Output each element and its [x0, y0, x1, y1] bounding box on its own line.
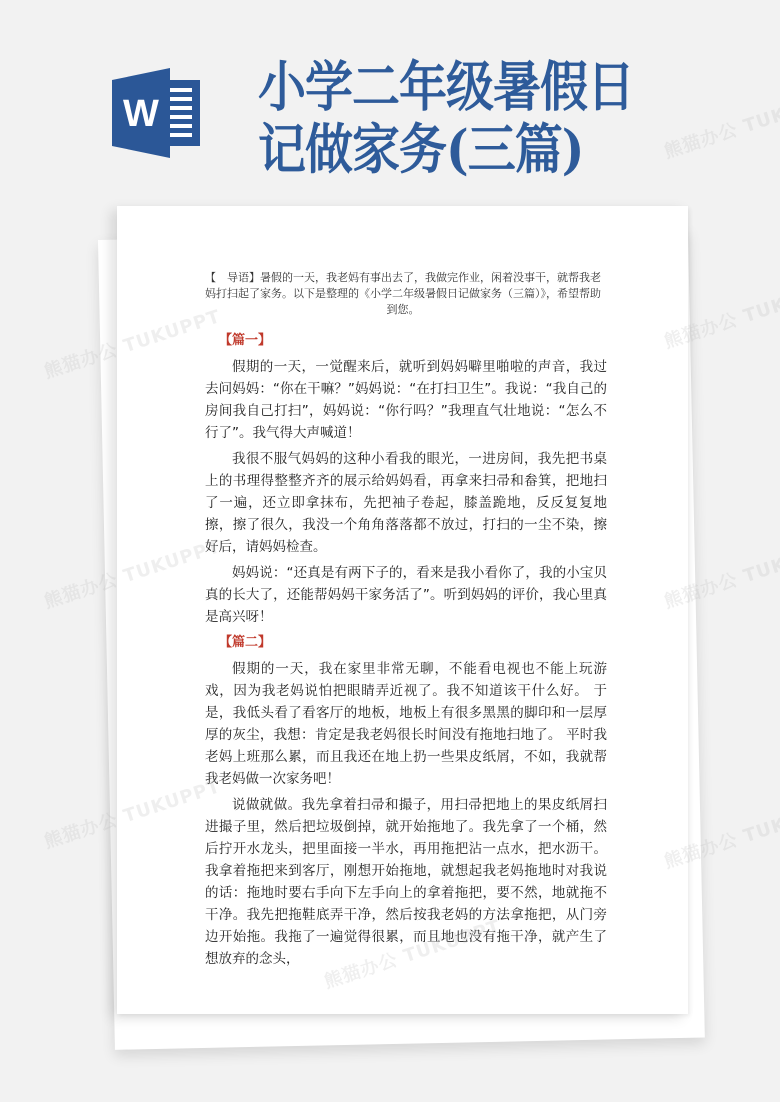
page-title: 小学二年级暑假日 记做家务(三篇) [258, 56, 678, 181]
title-line-1: 小学二年级暑假日 [258, 56, 678, 119]
paragraph: 妈妈说：“还真是有两下子的，看来是我小看你了，我的小宝贝真的长大了，还能帮妈妈干… [205, 562, 607, 628]
word-document-icon: W [108, 66, 206, 160]
intro-text: 【 导语】暑假的一天，我老妈有事出去了，我做完作业，闲着没事干，就帮我老妈打扫起… [203, 270, 603, 318]
paragraph: 我很不服气妈妈的这种小看我的眼光，一进房间，我先把书桌上的书理得整整齐齐的展示给… [205, 448, 607, 558]
section-heading-2: 【篇二】 [219, 632, 607, 654]
title-line-2: 记做家务(三篇) [258, 119, 678, 182]
paragraph: 说做就做。我先拿着扫帚和撮子，用扫帚把地上的果皮纸屑扫进撮子里，然后把垃圾倒掉，… [205, 794, 607, 970]
section-heading-1: 【篇一】 [219, 330, 607, 352]
header-banner: W 小学二年级暑假日 记做家务(三篇) [0, 0, 780, 200]
svg-text:W: W [123, 93, 159, 135]
paragraph: 假期的一天，我在家里非常无聊，不能看电视也不能上玩游戏，因为我老妈说怕把眼睛弄近… [205, 658, 607, 790]
paragraph: 假期的一天，一觉醒来后，就听到妈妈噼里啪啦的声音，我过去问妈妈：“你在干嘛？”妈… [205, 356, 607, 444]
document-page: 【 导语】暑假的一天，我老妈有事出去了，我做完作业，闲着没事干，就帮我老妈打扫起… [117, 206, 688, 1014]
document-body: 【篇一】 假期的一天，一觉醒来后，就听到妈妈噼里啪啦的声音，我过去问妈妈：“你在… [205, 330, 607, 974]
